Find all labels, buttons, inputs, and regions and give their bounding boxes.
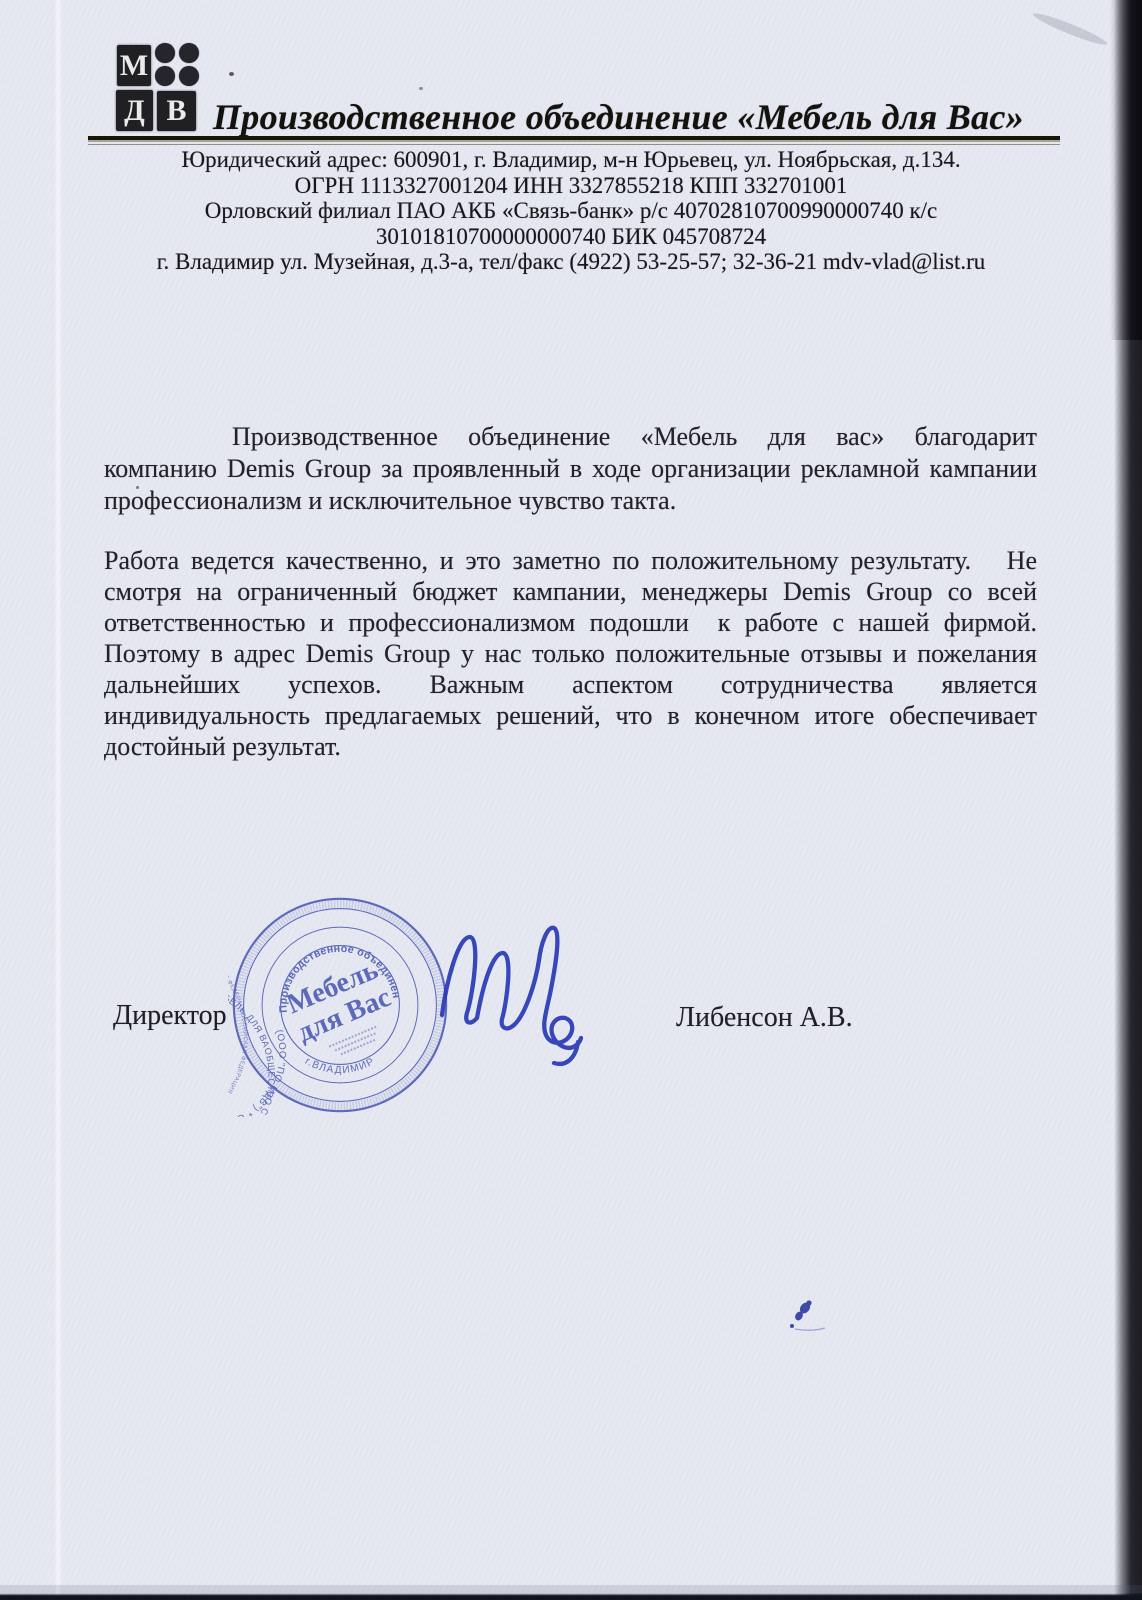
logo-dot-icon [155,43,175,63]
company-title: Производственное объединение «Мебель для… [213,96,1024,138]
scan-edge-bottom [0,1593,1142,1600]
body-line: дальнейших успехов. Важным аспектом сотр… [104,669,1037,700]
body-line: ответственностью и профессионализмом под… [104,607,1037,638]
address-line: г. Владимир ул. Музейная, д.3-а, тел/фак… [71,249,1071,275]
address-line: 30101810700000000740 БИК 045708724 [71,224,1071,250]
body-line: Поэтому в адрес Demis Group у нас только… [104,638,1037,669]
body-line: достойный результат. [104,731,1037,762]
logo-dot-icon [155,66,175,86]
scan-streak [54,0,62,1600]
ink-mark [783,1293,828,1338]
body-line: Работа ведется качественно, и это заметн… [104,545,1037,576]
body-line: профессионализм и исключительное чувство… [104,485,1037,517]
logo-letter-v: В [166,94,186,128]
signer-name: Либенсон А.В. [676,1002,853,1034]
paper-speck [229,72,234,76]
header-rule-thin [88,144,1060,145]
handwritten-signature [425,912,595,1072]
logo-tile-v: В [157,91,196,131]
role-label: Директор [113,1000,227,1032]
body-line: компанию Demis Group за проявленный в хо… [104,453,1037,485]
address-line: Юридический адрес: 600901, г. Владимир, … [71,147,1071,173]
address-line: Орловский филиал ПАО АКБ «Связь-банк» р/… [71,198,1071,224]
body-line: индивидуальность предлагаемых решений, ч… [104,700,1037,731]
requisites-block: Юридический адрес: 600901, г. Владимир, … [71,147,1071,275]
paragraph-1: Производственное объединение «Мебель для… [104,421,1037,517]
scan-smudge [1031,9,1109,48]
logo-tile-m: М [117,45,151,86]
logo-tile-d: Д [116,90,153,131]
scan-edge-right-top [1110,0,1142,340]
logo-dot-icon [179,43,199,63]
paper-speck [136,486,139,489]
scan-edge-bottom-shadow [0,1585,1142,1593]
letter-page: М Д В Производственное объединение «Мебе… [0,0,1142,1600]
logo-letter-m: М [120,49,148,83]
header-rule [88,136,1060,140]
company-stamp-icon: • РОССИЙСКАЯ ФЕДЕРАЦИЯ • РОССИЙСКАЯ ФЕДЕ… [228,893,452,1117]
body-line: смотря на ограниченный бюджет кампании, … [104,576,1037,607]
body-line: Производственное объединение «Мебель для… [104,421,1037,453]
paragraph-2: Работа ведется качественно, и это заметн… [104,545,1037,762]
paper-speck [419,87,423,90]
address-line: ОГРН 1113327001204 ИНН 3327855218 КПП 33… [71,173,1071,199]
logo-dot-icon [179,66,199,86]
logo-letter-d: Д [124,94,145,128]
